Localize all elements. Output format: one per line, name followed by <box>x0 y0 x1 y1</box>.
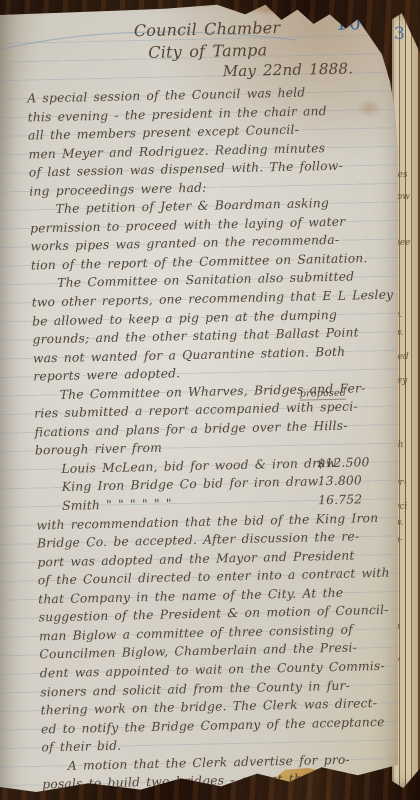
bid-amount: 13.800 <box>318 472 363 492</box>
insertion-note: proposed <box>300 388 347 401</box>
manuscript-page: 101 Council Chamber City of Tampa May 22… <box>0 0 398 800</box>
adjacent-page-number: 3 <box>394 24 406 44</box>
bid-amount: $12.500 <box>317 453 370 473</box>
page-number: 101 <box>336 13 377 35</box>
header-place: Council Chamber <box>134 18 281 40</box>
header-date: May 22nd 1888. <box>223 59 354 80</box>
bid-amount: 16.752 <box>318 490 363 510</box>
handwritten-content: 101 Council Chamber City of Tampa May 22… <box>0 0 414 800</box>
body-lines: A special session of the Council was hel… <box>27 82 410 795</box>
photograph-background: 3 teslowheea.w.tedleyther-eciw.n-g7 101 … <box>0 0 420 800</box>
header-city: City of Tampa <box>148 40 267 62</box>
